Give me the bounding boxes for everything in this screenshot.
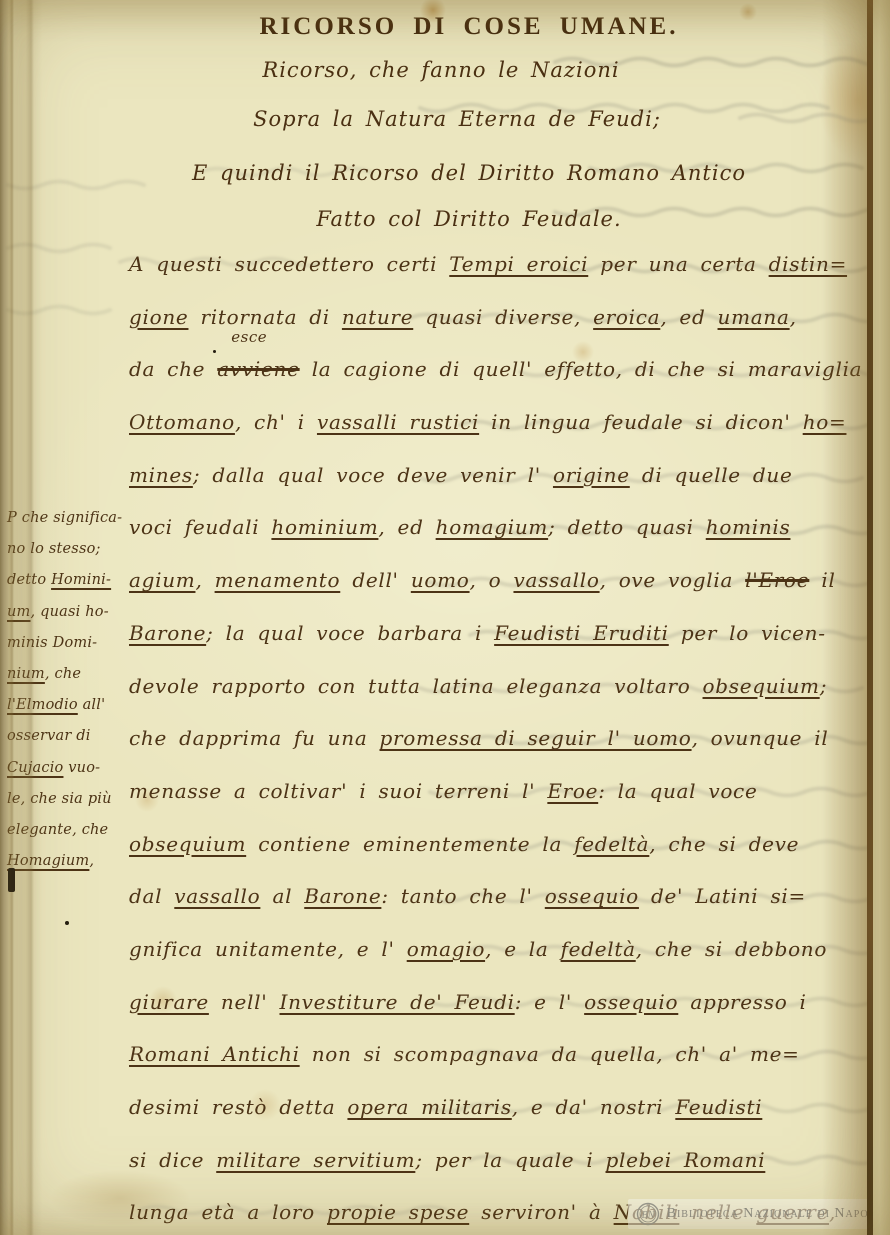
- text-run: vuo-: [63, 760, 100, 776]
- library-logo-icon: BN: [636, 1202, 660, 1226]
- text-run: : e l': [515, 990, 584, 1014]
- text-run: all': [78, 697, 106, 713]
- underlined-text: Romani Antichi: [129, 1042, 300, 1066]
- text-run: , ed: [378, 515, 435, 539]
- underlined-text: obsequium: [129, 832, 246, 856]
- body-line: voci feudali hominium, ed homagium; dett…: [129, 501, 865, 554]
- body-line: giurare nell' Investiture de' Feudi: e l…: [129, 976, 865, 1029]
- text-run: gnifica unitamente, e l': [129, 937, 407, 961]
- underlined-text: omagio: [407, 937, 485, 961]
- underlined-text: homagium: [436, 515, 548, 539]
- body-line: che dapprima fu una promessa di seguir l…: [129, 712, 865, 765]
- manuscript-scan: RICORSO DI COSE UMANE. Ricorso, che fann…: [0, 0, 890, 1235]
- subtitle-line-2: Sopra la Natura Eterna de Feudi;: [80, 107, 834, 131]
- text-run: quasi diverse,: [413, 305, 593, 329]
- underlined-text: promessa di seguir l' uomo: [380, 726, 692, 750]
- underlined-text: Homini-: [51, 572, 111, 588]
- next-page-sliver: [873, 0, 890, 1235]
- body-line: Ottomano, ch' i vassalli rustici in ling…: [129, 396, 865, 449]
- underlined-text: fedeltà: [561, 937, 636, 961]
- text-run: serviron' à: [469, 1200, 613, 1224]
- body-line: obsequium contiene eminentemente la fede…: [129, 818, 865, 871]
- body-line: mines; dalla qual voce deve venir l' ori…: [129, 449, 865, 502]
- underlined-text: nature: [342, 305, 413, 329]
- underlined-text: Investiture de' Feudi: [280, 990, 515, 1014]
- text-run: : tanto che l': [381, 884, 544, 908]
- text-run: al: [260, 884, 304, 908]
- text-run: , che si debbono: [636, 937, 827, 961]
- text-run: desimi restò detta: [129, 1095, 347, 1119]
- text-run: , e da' nostri: [512, 1095, 676, 1119]
- body-line: agium, menamento dell' uomo, o vassallo,…: [129, 554, 865, 607]
- subtitle-line-3: E quindi il Ricorso del Diritto Romano A…: [92, 161, 846, 185]
- underlined-text: militare servitium: [216, 1148, 415, 1172]
- body-line: desimi restò detta opera militaris, e da…: [129, 1081, 865, 1134]
- text-run: appresso i: [678, 990, 806, 1014]
- text-run: A questi succedettero certi: [129, 252, 449, 276]
- text-run: ,: [195, 568, 214, 592]
- text-run: lunga età a loro: [129, 1200, 327, 1224]
- subtitle-line-1: Ricorso, che fanno le Nazioni: [64, 58, 818, 82]
- text-run: ,: [89, 853, 94, 869]
- body-line: si dice militare servitium; per la quale…: [129, 1134, 865, 1187]
- underlined-text: eroica: [593, 305, 660, 329]
- text-run: : la qual voce: [598, 779, 757, 803]
- page-curl-shadow: [822, 0, 870, 1235]
- inserted-word-above: esce: [231, 330, 267, 345]
- text-run: , ch' i: [235, 410, 317, 434]
- underlined-text: vassallo: [513, 568, 599, 592]
- text-run: , ed: [660, 305, 717, 329]
- underlined-text: opera militaris: [347, 1095, 511, 1119]
- text-run: devole rapporto con tutta latina eleganz…: [129, 674, 703, 698]
- underlined-text: Ottomano: [129, 410, 235, 434]
- body-line: Barone; la qual voce barbara i Feudisti …: [129, 607, 865, 660]
- underlined-text: Barone: [129, 621, 206, 645]
- body-line: dal vassallo al Barone: tanto che l' oss…: [129, 870, 865, 923]
- text-run: ; la qual voce barbara i: [206, 621, 494, 645]
- underlined-text: hominium: [271, 515, 378, 539]
- text-run: ; dalla qual voce deve venir l': [193, 463, 553, 487]
- text-run: non si scompagnava da quella, ch' a' me=: [300, 1042, 800, 1066]
- underlined-text: origine: [553, 463, 630, 487]
- text-run: , che si deve: [649, 832, 799, 856]
- underlined-text: plebei Romani: [606, 1148, 766, 1172]
- underlined-text: mines: [129, 463, 193, 487]
- body-line: Romani Antichi non si scompagnava da que…: [129, 1028, 865, 1081]
- body-text: A questi succedettero certi Tempi eroici…: [129, 238, 865, 1235]
- text-run: , ovunque il: [692, 726, 829, 750]
- correction: esceavviene: [217, 343, 299, 396]
- underlined-text: Barone: [304, 884, 381, 908]
- body-line: devole rapporto con tutta latina eleganz…: [129, 660, 865, 713]
- ink-speck: [65, 921, 69, 925]
- underlined-text: Eroe: [547, 779, 598, 803]
- svg-text:BN: BN: [641, 1210, 655, 1221]
- underlined-text: agium: [129, 568, 195, 592]
- text-run: di quelle due: [630, 463, 793, 487]
- text-run: in lingua feudale si dicon': [479, 410, 803, 434]
- underlined-text: giurare: [129, 990, 209, 1014]
- underlined-text: gione: [129, 305, 188, 329]
- underlined-text: obsequium: [703, 674, 820, 698]
- text-run: dal: [129, 884, 174, 908]
- underlined-text: vassallo: [174, 884, 260, 908]
- text-run: da che: [129, 357, 217, 381]
- underlined-text: ossequio: [584, 990, 678, 1014]
- underlined-text: ossequio: [545, 884, 639, 908]
- text-run: menasse a coltivar' i suoi terreni l': [129, 779, 547, 803]
- ink-blot: [8, 868, 15, 892]
- text-run: ; per la quale i: [415, 1148, 605, 1172]
- underlined-text: menamento: [215, 568, 341, 592]
- text-run: ,: [790, 305, 797, 329]
- struck-out-text: l'Eroe: [745, 568, 809, 592]
- text-run: voci feudali: [129, 515, 271, 539]
- text-run: , che: [45, 666, 81, 682]
- page-title: RICORSO DI COSE UMANE.: [92, 13, 846, 41]
- underlined-text: uomo: [411, 568, 470, 592]
- text-run: nell': [209, 990, 280, 1014]
- text-run: la cagione di quell' effetto, di che si …: [300, 357, 863, 381]
- body-line: da che esceavviene la cagione di quell' …: [129, 343, 865, 396]
- text-run: dell': [340, 568, 411, 592]
- underlined-text: Feudisti: [675, 1095, 762, 1119]
- text-run: , e la: [485, 937, 561, 961]
- text-run: per una certa: [588, 252, 768, 276]
- text-run: per lo vicen-: [669, 621, 826, 645]
- text-run: , o: [470, 568, 514, 592]
- text-run: ritornata di: [188, 305, 341, 329]
- underlined-text: vassalli rustici: [317, 410, 479, 434]
- underlined-text: fedeltà: [574, 832, 649, 856]
- underlined-text: propie spese: [327, 1200, 469, 1224]
- text-run: ; detto quasi: [548, 515, 706, 539]
- underlined-text: Feudisti Eruditi: [494, 621, 669, 645]
- underlined-text: hominis: [706, 515, 791, 539]
- underlined-text: Tempi eroici: [449, 252, 588, 276]
- struck-out-text: avviene: [217, 357, 299, 381]
- text-run: contiene eminentemente la: [246, 832, 574, 856]
- ink-speck: [213, 350, 216, 353]
- text-run: si dice: [129, 1148, 216, 1172]
- underlined-text: umana: [718, 305, 790, 329]
- text-run: , ove voglia: [600, 568, 746, 592]
- text-run: , quasi ho-: [31, 604, 109, 620]
- body-line: gnifica unitamente, e l' omagio, e la fe…: [129, 923, 865, 976]
- binding-gutter: [0, 0, 42, 1235]
- text-run: de' Latini si=: [639, 884, 806, 908]
- text-run: che dapprima fu una: [129, 726, 380, 750]
- body-line: A questi succedettero certi Tempi eroici…: [129, 238, 865, 291]
- body-line: menasse a coltivar' i suoi terreni l' Er…: [129, 765, 865, 818]
- subtitle-line-4: Fatto col Diritto Feudale.: [92, 207, 846, 231]
